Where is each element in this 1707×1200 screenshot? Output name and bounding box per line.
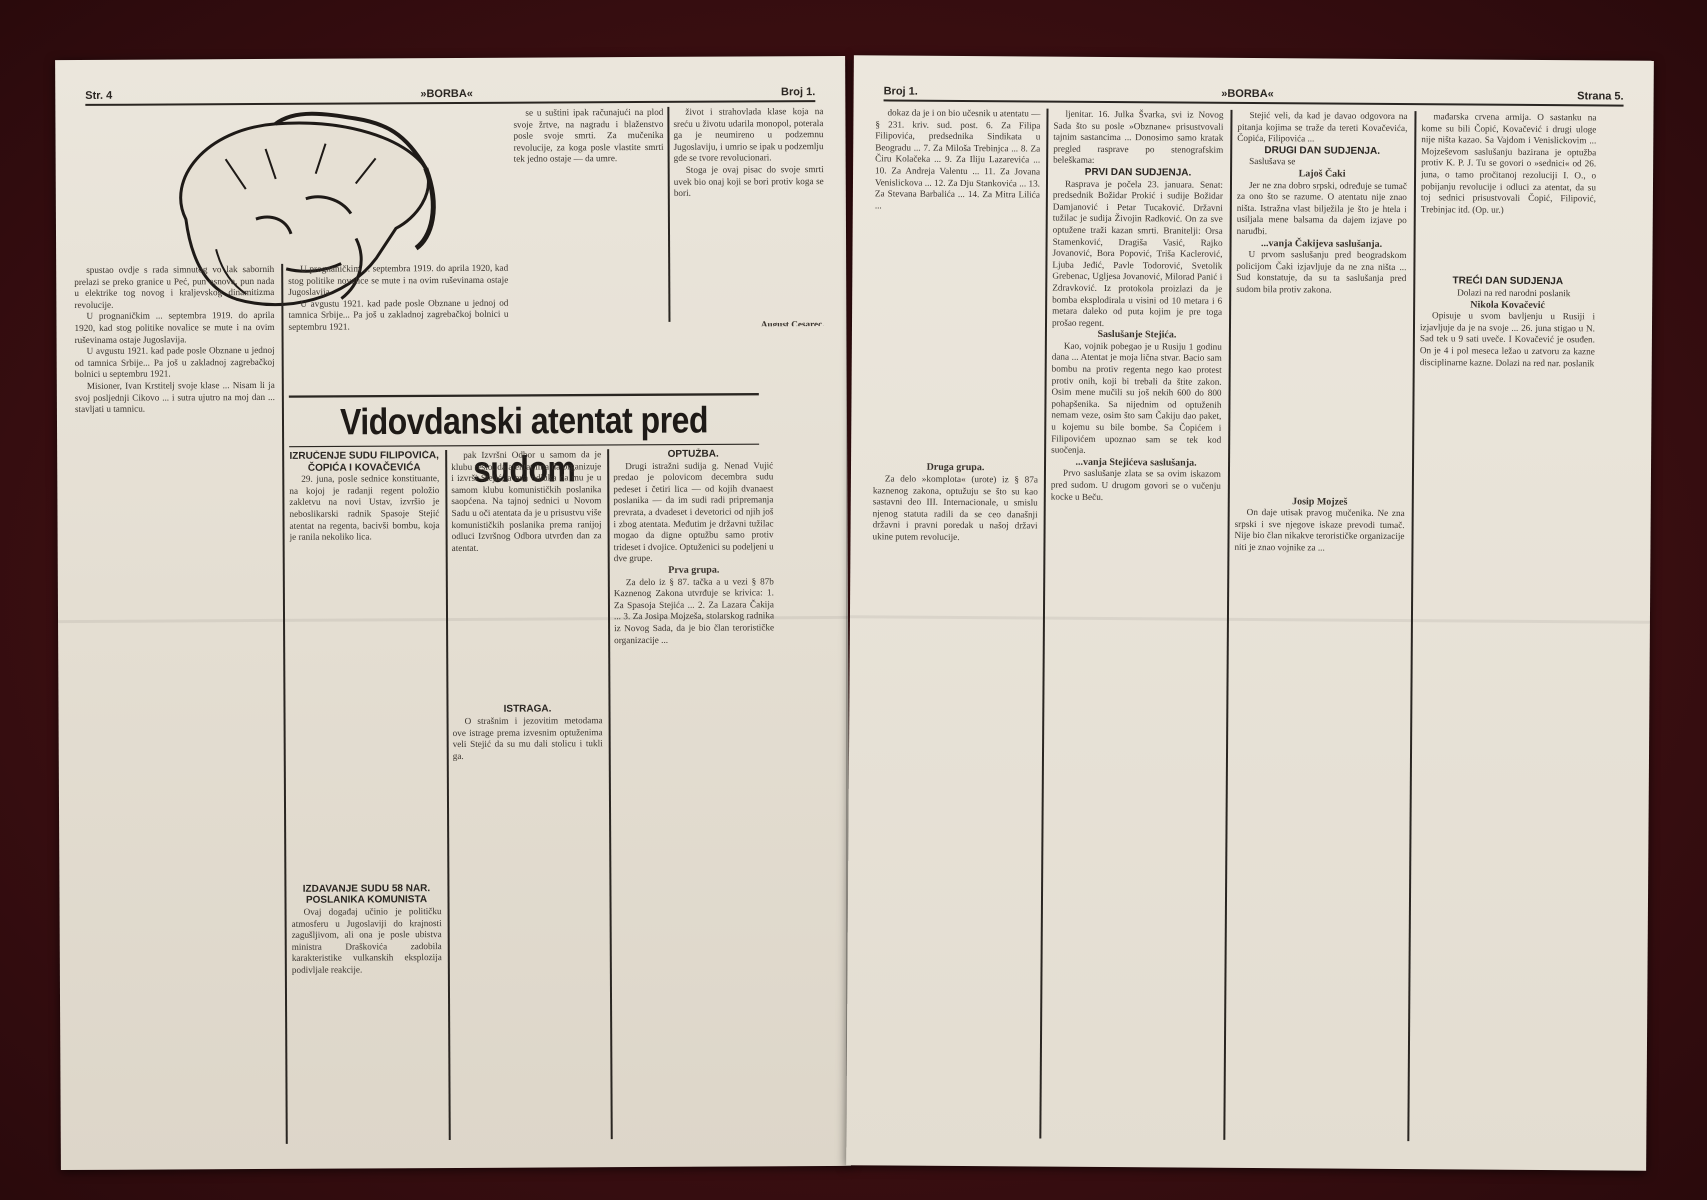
author-signature: August Cesarec. [674,319,824,327]
subheading: Prva grupa. [614,564,774,576]
right-page-header: Broj 1. »BORBA« Strana 5. [884,77,1624,106]
article-column: ljenitar. 16. Julka Švarka, svi iz Novog… [1046,109,1223,1150]
article-column: OPTUŽBA. Drugi istražni sudija g. Nenad … [613,448,777,1139]
issue-number: Broj 1. [781,86,815,98]
column-rule [281,264,287,1144]
column-rule [607,449,612,1139]
issue-number: Broj 1. [884,85,918,97]
article-column: spustao ovdje s rada simnutog vo lak sab… [74,264,279,1145]
section-heading: IZRUČENJE SUDU FILIPOVIĆA, ČOPIĆA I KOVA… [289,450,439,474]
page-number: Strana 5. [1577,90,1624,102]
section-heading: ISTRAGA. [452,704,602,716]
article-column: IZRUČENJE SUDU FILIPOVIĆA, ČOPIĆA I KOVA… [289,450,443,1141]
masthead: »BORBA« [1221,88,1274,100]
page-number: Str. 4 [85,90,112,102]
article-column: se u suštini ipak računajući na plod svo… [513,107,664,318]
headline: Vidovdanski atentat pred sudom [289,393,759,447]
section-heading: IZDAVANJE SUDU 58 NAR. POSLANIKA KOMUNIS… [291,883,441,907]
left-page: Str. 4 »BORBA« Broj 1. se u suštini ipak… [55,56,851,1170]
right-page: Broj 1. »BORBA« Strana 5. dokaz da je i … [846,55,1654,1171]
article-column: U prognaničkim ... septembra 1919. do ap… [288,263,509,394]
article-column: Stejić veli, da kad je davao odgovora na… [1230,110,1407,1151]
article-column: dokaz da je i on bio učesnik u atentatu … [868,107,1040,1148]
column-rule [445,450,450,1140]
article-column: život i strahovlada klase koja na sreću … [673,106,824,327]
section-heading: OPTUŽBA. [613,448,773,460]
column-rule [667,107,670,322]
article-column: pak Izvršni Odbor u samom da je klubu re… [451,449,605,1140]
article-column: mađarska crvena armija. O sastanku na ko… [1414,111,1596,1152]
